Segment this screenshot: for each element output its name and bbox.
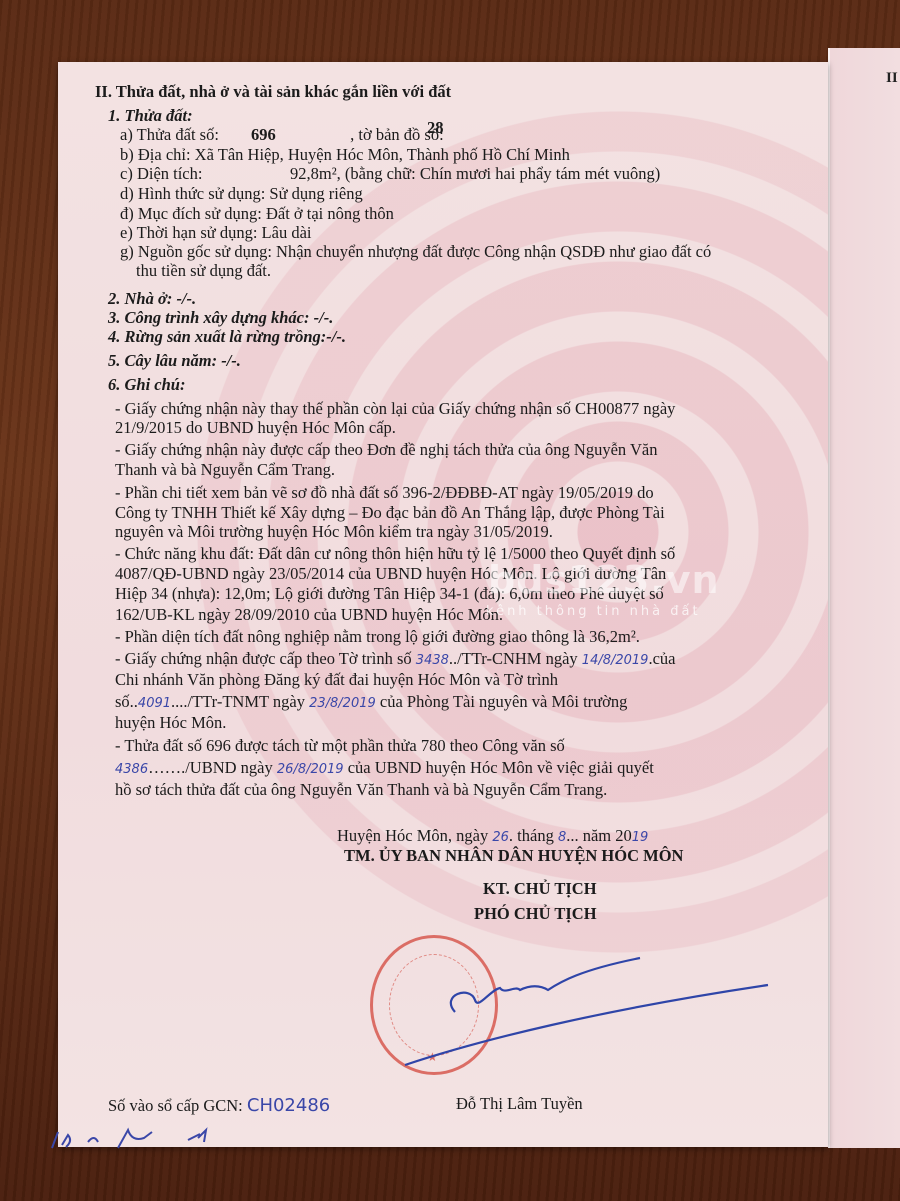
handwritten-initials-icon xyxy=(52,1130,206,1148)
watermark-tagline: kênh thông tin nhà đất xyxy=(486,604,701,619)
watermark-logo: bds123.vn xyxy=(488,558,720,602)
signature-icon xyxy=(0,0,900,1201)
